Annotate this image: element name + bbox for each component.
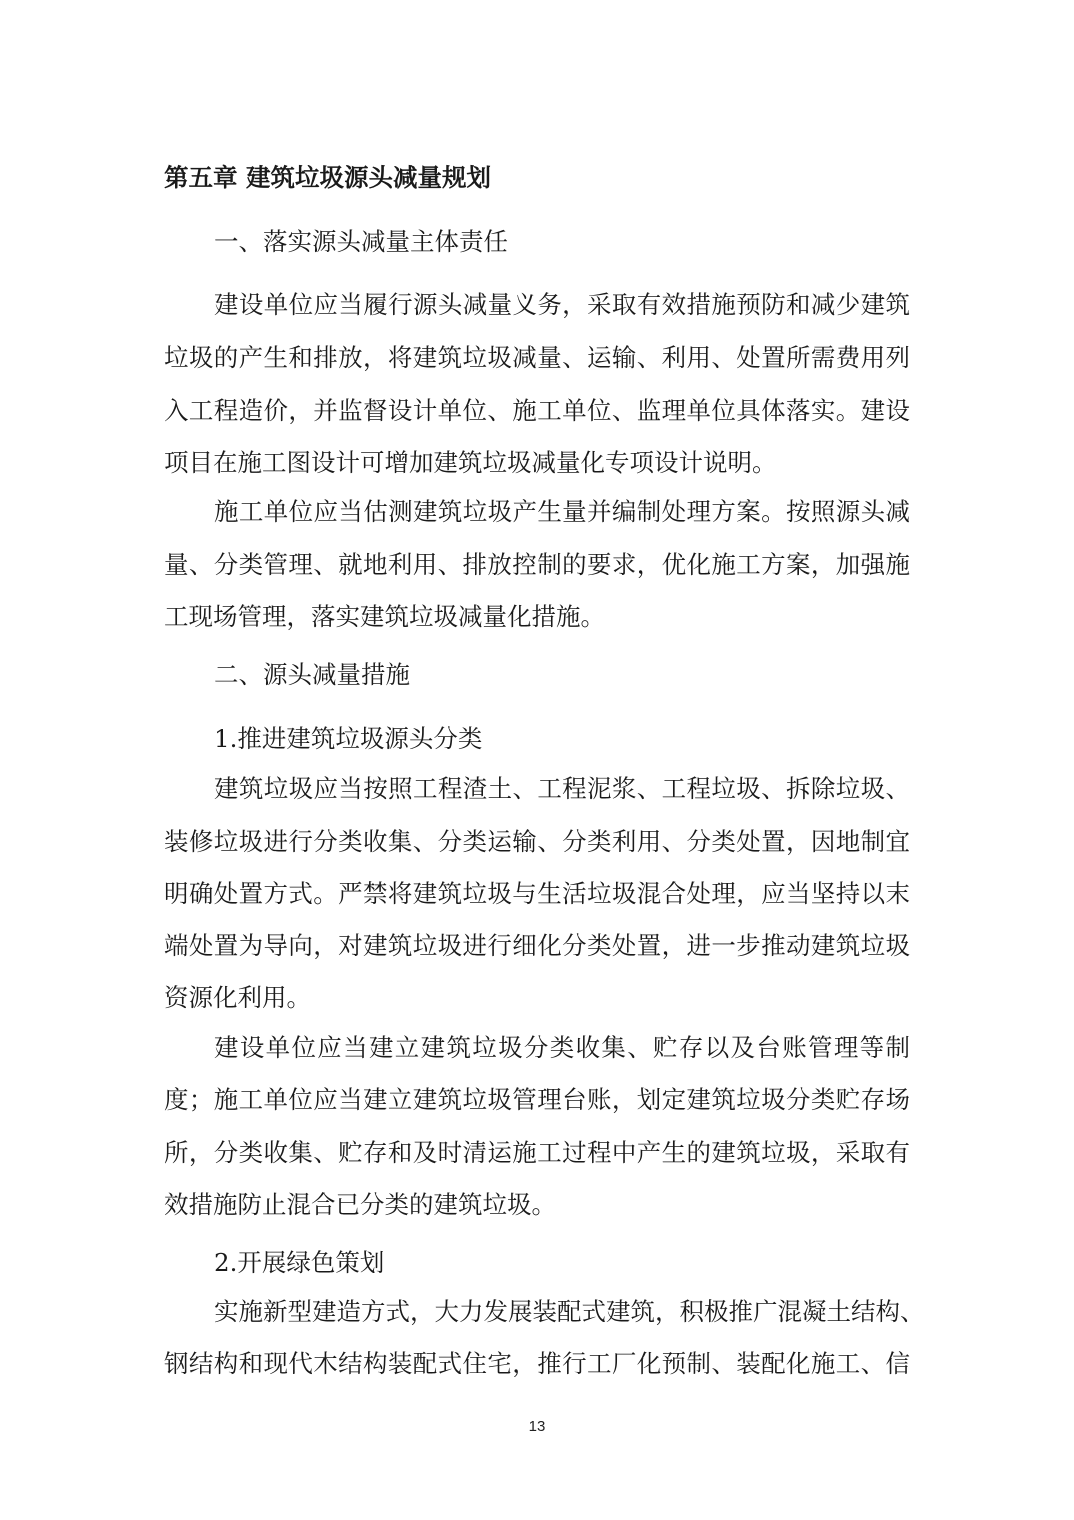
paragraph-line: 度；施工单位应当建立建筑垃圾管理台账，划定建筑垃圾分类贮存场: [164, 1084, 910, 1116]
paragraph-line: 垃圾的产生和排放，将建筑垃圾减量、运输、利用、处置所需费用列: [164, 342, 910, 374]
page-number: 13: [0, 1418, 1074, 1435]
chapter-title: 第五章 建筑垃圾源头减量规划: [164, 162, 491, 194]
paragraph-line: 效措施防止混合已分类的建筑垃圾。: [164, 1189, 910, 1221]
paragraph-line: 资源化利用。: [164, 982, 910, 1014]
paragraph-line: 入工程造价，并监督设计单位、施工单位、监理单位具体落实。建设: [164, 395, 910, 427]
paragraph-line: 明确处置方式。严禁将建筑垃圾与生活垃圾混合处理，应当坚持以末: [164, 878, 910, 910]
section-heading-1: 一、落实源头减量主体责任: [214, 226, 508, 258]
paragraph-line: 项目在施工图设计可增加建筑垃圾减量化专项设计说明。: [164, 447, 910, 479]
paragraph-line: 实施新型建造方式，大力发展装配式建筑，积极推广混凝土结构、: [214, 1296, 910, 1328]
paragraph-line: 端处置为导向，对建筑垃圾进行细化分类处置，进一步推动建筑垃圾: [164, 930, 910, 962]
paragraph-line: 装修垃圾进行分类收集、分类运输、分类利用、分类处置，因地制宜: [164, 826, 910, 858]
paragraph-line: 建设单位应当履行源头减量义务，采取有效措施预防和减少建筑: [214, 289, 910, 321]
subsection-heading-1: 1.推进建筑垃圾源头分类: [214, 723, 482, 755]
paragraph-line: 量、分类管理、就地利用、排放控制的要求，优化施工方案，加强施: [164, 549, 910, 581]
section-heading-2: 二、源头减量措施: [214, 659, 410, 691]
paragraph-line: 施工单位应当估测建筑垃圾产生量并编制处理方案。按照源头减: [214, 496, 910, 528]
document-page: 第五章 建筑垃圾源头减量规划 一、落实源头减量主体责任 建设单位应当履行源头减量…: [0, 0, 1074, 1520]
paragraph-line: 所，分类收集、贮存和及时清运施工过程中产生的建筑垃圾，采取有: [164, 1137, 910, 1169]
paragraph-line: 建设单位应当建立建筑垃圾分类收集、贮存以及台账管理等制: [214, 1032, 910, 1064]
paragraph-line: 工现场管理，落实建筑垃圾减量化措施。: [164, 601, 910, 633]
subsection-heading-2: 2.开展绿色策划: [214, 1247, 384, 1279]
paragraph-line: 建筑垃圾应当按照工程渣土、工程泥浆、工程垃圾、拆除垃圾、: [214, 773, 910, 805]
paragraph-line: 钢结构和现代木结构装配式住宅，推行工厂化预制、装配化施工、信: [164, 1348, 910, 1380]
